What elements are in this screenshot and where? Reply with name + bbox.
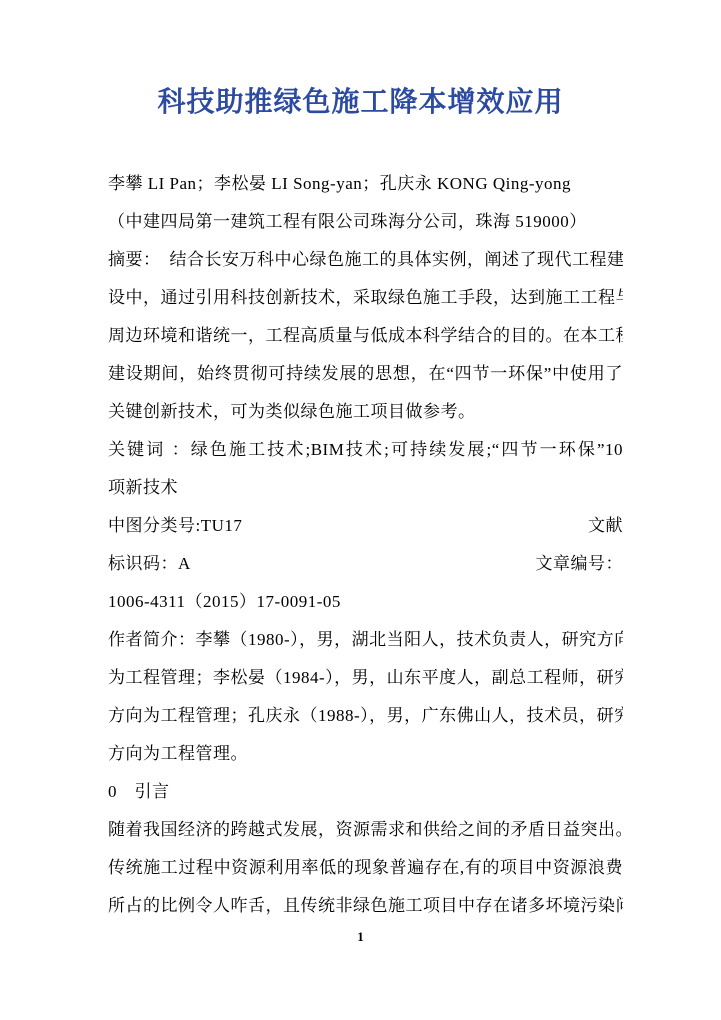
text-line: 0 引言 [108,773,623,811]
paper-title: 科技助推绿色施工降本增效应用 [0,0,721,122]
text-line: 所占的比例令人咋舌，且传统非绿色施工项目中存在诸多坏境污染问 [108,887,623,925]
document-body: 李攀 LI Pan；李松晏 LI Song-yan；孔庆永 KONG Qing-… [108,165,623,925]
text-line: 方向为工程管理。 [108,735,623,773]
text-line: 关键创新技术，可为类似绿色施工项目做参考。 [108,393,623,431]
text-right: 文章编号： [536,545,624,583]
text-line: 建设期间，始终贯彻可持续发展的思想，在“四节一环保”中使用了 [108,355,623,393]
text-line: 李攀 LI Pan；李松晏 LI Song-yan；孔庆永 KONG Qing-… [108,165,623,203]
text-line: 项新技术 [108,469,623,507]
text-left: 中图分类号:TU17 [108,507,242,545]
text-line: 传统施工过程中资源利用率低的现象普遍存在,有的项目中资源浪费 [108,849,623,887]
text-line: 设中，通过引用科技创新技术，采取绿色施工手段，达到施工工程与 [108,279,623,317]
text-line: 摘要： 结合长安万科中心绿色施工的具体实例，阐述了现代工程建 [108,241,623,279]
text-right: 文献 [588,507,623,545]
text-line: （中建四局第一建筑工程有限公司珠海分公司，珠海 519000） [108,203,623,241]
classification-line: 标识码：A文章编号： [108,545,623,583]
page-number: 1 [0,928,721,946]
text-line: 随着我国经济的跨越式发展，资源需求和供给之间的矛盾日益突出。 [108,811,623,849]
text-line: 关键词 ：绿色施工技术;BIM技术;可持续发展;“四节一环保”10 [108,431,623,469]
document-page: 科技助推绿色施工降本增效应用 李攀 LI Pan；李松晏 LI Song-yan… [0,0,721,1020]
text-line: 为工程管理；李松晏（1984-），男，山东平度人，副总工程师，研究 [108,659,623,697]
classification-line: 中图分类号:TU17文献 [108,507,623,545]
text-left: 标识码：A [108,545,191,583]
text-line: 1006-4311（2015）17-0091-05 [108,583,623,621]
text-line: 作者简介：李攀（1980-），男，湖北当阳人，技术负责人，研究方向 [108,621,623,659]
text-line: 方向为工程管理；孔庆永（1988-），男，广东佛山人，技术员，研究 [108,697,623,735]
text-line: 周边环境和谐统一，工程高质量与低成本科学结合的目的。在本工程 [108,317,623,355]
